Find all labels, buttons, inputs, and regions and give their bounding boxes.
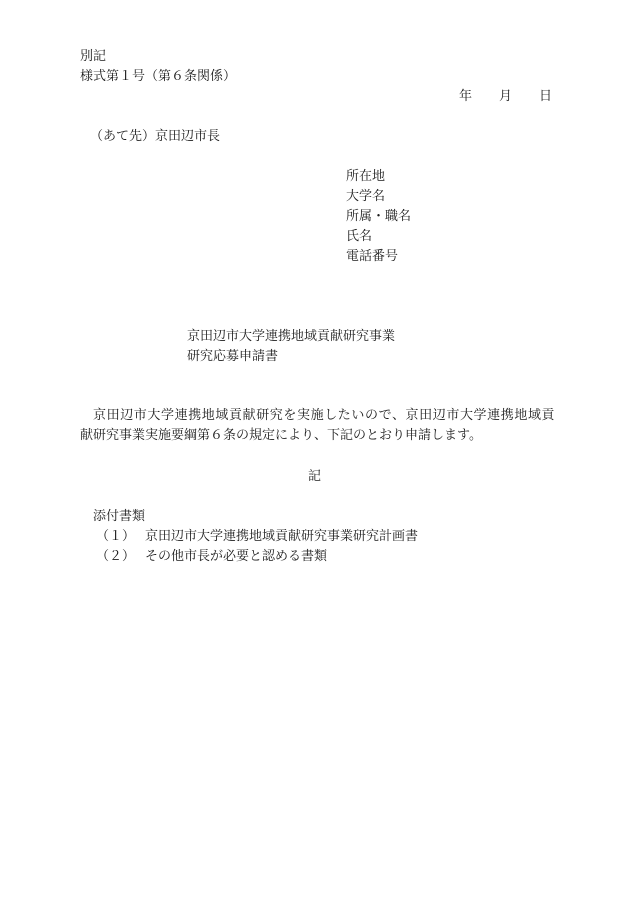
field-phone: 電話番号 xyxy=(346,247,398,267)
field-affiliation: 所属・職名 xyxy=(346,207,411,227)
body-text-line2: 献研究事業実施要綱第６条の規定により、下記のとおり申請します。 xyxy=(80,426,482,446)
field-address: 所在地 xyxy=(346,167,385,187)
document-title-line1: 京田辺市大学連携地域貢献研究事業 xyxy=(187,327,395,347)
attachments-heading: 添付書類 xyxy=(93,507,145,527)
field-university: 大学名 xyxy=(346,187,385,207)
attachment-item-number: （２） xyxy=(96,547,135,567)
form-label: 様式第１号（第６条関係） xyxy=(80,67,236,87)
date-line: 年月日 xyxy=(459,87,552,107)
month-label: 月 xyxy=(499,87,539,107)
year-label: 年 xyxy=(459,87,499,107)
document-title-line2: 研究応募申請書 xyxy=(187,347,278,367)
appendix-label: 別記 xyxy=(80,47,106,67)
ki-label: 記 xyxy=(308,467,321,487)
attachment-item-number: （１） xyxy=(96,527,135,547)
attachment-item-text: 京田辺市大学連携地域貢献研究事業研究計画書 xyxy=(145,527,418,547)
day-label: 日 xyxy=(539,87,552,107)
addressee: （あて先）京田辺市長 xyxy=(90,127,220,147)
body-text-line1: 京田辺市大学連携地域貢献研究を実施したいので、京田辺市大学連携地域貢 xyxy=(93,406,555,426)
attachment-item-text: その他市長が必要と認める書類 xyxy=(145,547,327,567)
field-name: 氏名 xyxy=(346,227,372,247)
